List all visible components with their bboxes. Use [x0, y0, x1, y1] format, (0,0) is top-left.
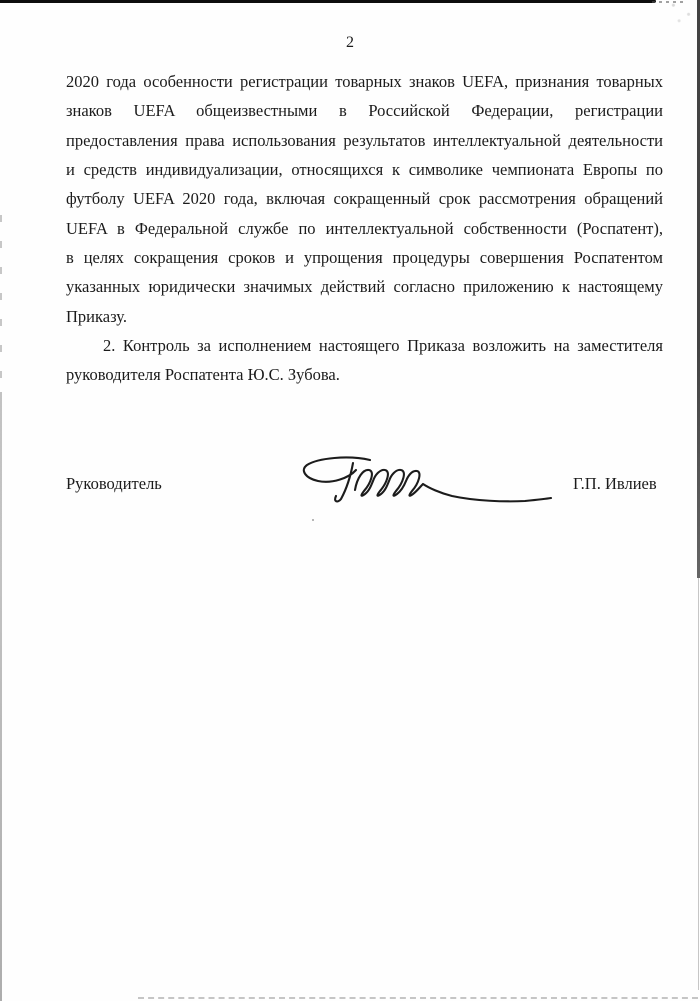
scan-artifact-right-edge-faint [698, 578, 699, 990]
paragraph-continuation: 2020 года особенности регистрации товарн… [66, 67, 663, 331]
paragraph-item-2: 2. Контроль за исполнением настоящего Пр… [66, 331, 663, 390]
text-line: и средств индивидуализации, относящихся … [66, 155, 663, 184]
scan-artifact-left-edge-line [0, 392, 2, 1001]
scan-artifact-top-bar [0, 0, 656, 3]
text-line: предоставления права использования резул… [66, 126, 663, 155]
text-line: 2020 года особенности регистрации товарн… [66, 67, 663, 96]
text-line: футболу UEFA 2020 года, включая сокращен… [66, 184, 663, 213]
handwritten-signature-icon [298, 450, 558, 512]
document-body: 2020 года особенности регистрации товарн… [66, 67, 663, 390]
text-line: 2. Контроль за исполнением настоящего Пр… [66, 331, 663, 360]
text-line: в целях сокращения сроков и упрощения пр… [66, 243, 663, 272]
text-line: UEFA в Федеральной службе по интеллектуа… [66, 214, 663, 243]
text-line: знаков UEFA общеизвестными в Российской … [66, 96, 663, 125]
signatory-title: Руководитель [66, 474, 162, 494]
signatory-name: Г.П. Ивлиев [573, 474, 657, 494]
text-line: указанных юридически значимых действий с… [66, 272, 663, 301]
page-number: 2 [0, 34, 700, 52]
text-line: руководителя Роспатента Ю.С. Зубова. [66, 360, 663, 389]
scan-artifact-top-bar-fade [652, 1, 686, 3]
scan-artifact-left-edge-dashes [0, 215, 2, 395]
scan-artifact-bottom-dots [138, 997, 698, 999]
text-line: Приказу. [66, 302, 663, 331]
scan-artifact-noise [662, 0, 700, 26]
scanned-document-page: 2 2020 года особенности регистрации това… [0, 0, 700, 1001]
scan-artifact-speck [312, 519, 314, 521]
